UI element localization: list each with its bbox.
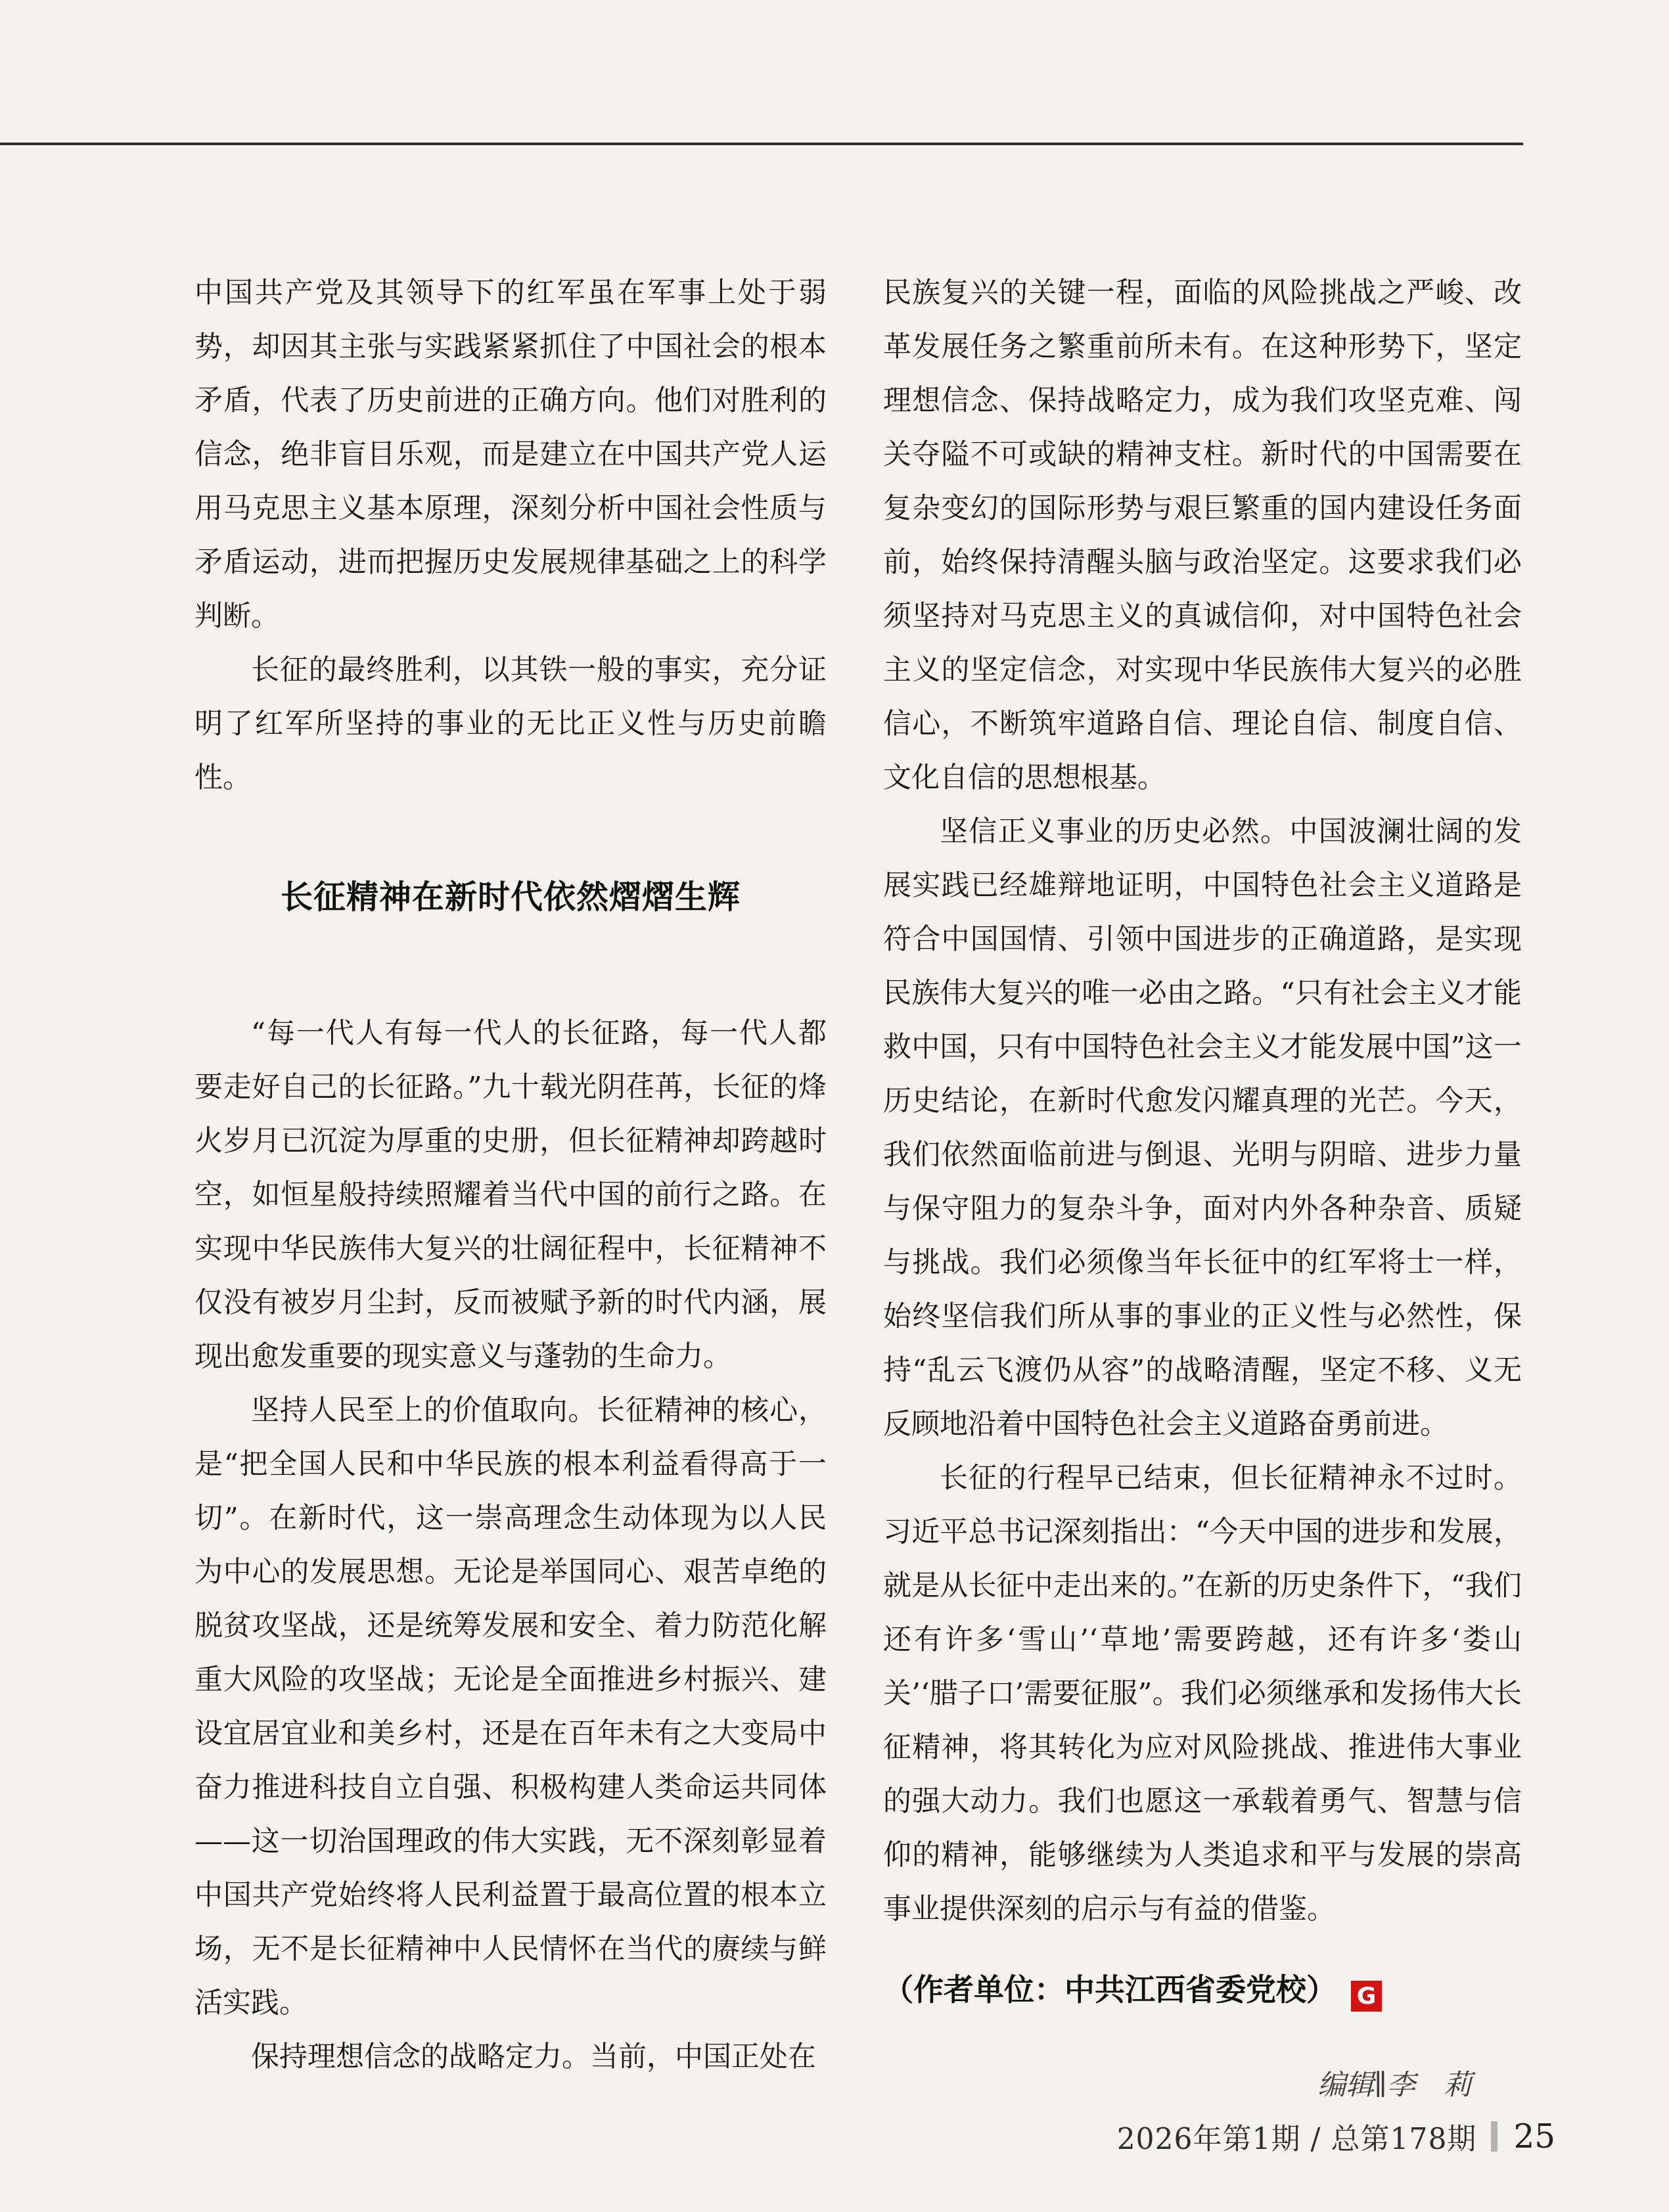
author-affiliation: （作者单位：中共江西省委党校）G: [883, 1962, 1522, 2016]
body-paragraph: 保持理想信念的战略定力。当前，中国正处在: [194, 2030, 827, 2084]
body-paragraph: 坚持人民至上的价值取向。长征精神的核心，是“把全国人民和中华民族的根本利益看得高…: [194, 1384, 827, 2030]
left-column: 中国共产党及其领导下的红军虽在军事上处于弱势，却因其主张与实践紧紧抓住了中国社会…: [194, 266, 827, 2084]
section-heading: 长征精神在新时代依然熠熠生辉: [194, 870, 827, 924]
page-footer: 2026年第1期 / 总第178期 25: [1117, 2115, 1555, 2157]
body-paragraph: 长征的最终胜利，以其铁一般的事实，充分证明了红军所坚持的事业的无比正义性与历史前…: [194, 643, 827, 805]
author-affiliation-text: （作者单位：中共江西省委党校）: [883, 1972, 1337, 2007]
body-paragraph: “每一代人有每一代人的长征路，每一代人都要走好自己的长征路。”九十载光阴荏苒，长…: [194, 1006, 827, 1384]
issue-info: 2026年第1期 / 总第178期: [1117, 2115, 1477, 2157]
right-column: 民族复兴的关键一程，面临的风险挑战之严峻、改革发展任务之繁重前所未有。在这种形势…: [883, 266, 1522, 2016]
editor-credit: 编辑∥李 莉: [1317, 2068, 1472, 2102]
end-of-article-badge-icon: G: [1351, 1981, 1382, 2012]
body-paragraph: 长征的行程早已结束，但长征精神永不过时。习近平总书记深刻指出：“今天中国的进步和…: [883, 1451, 1522, 1936]
page-number: 25: [1513, 2117, 1555, 2156]
body-paragraph: 坚信正义事业的历史必然。中国波澜壮阔的发展实践已经雄辩地证明，中国特色社会主义道…: [883, 805, 1522, 1451]
page-number-divider: [1491, 2121, 1498, 2152]
header-rule: [0, 143, 1523, 145]
body-paragraph: 民族复兴的关键一程，面临的风险挑战之严峻、改革发展任务之繁重前所未有。在这种形势…: [883, 266, 1522, 805]
body-paragraph: 中国共产党及其领导下的红军虽在军事上处于弱势，却因其主张与实践紧紧抓住了中国社会…: [194, 266, 827, 643]
magazine-page: 中国共产党及其领导下的红军虽在军事上处于弱势，却因其主张与实践紧紧抓住了中国社会…: [0, 0, 1669, 2212]
